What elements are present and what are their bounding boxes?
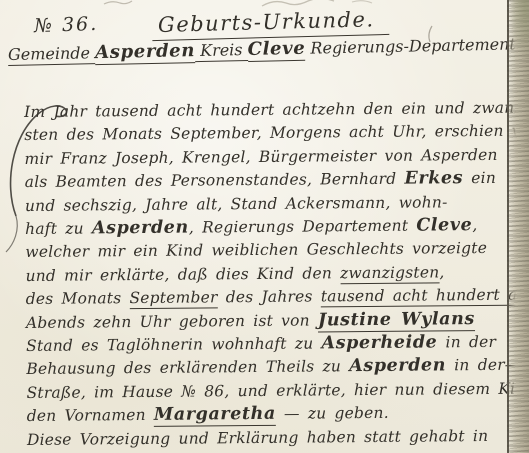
text-segment: , Regierungs Departement xyxy=(189,217,417,237)
text-segment: — zu geben. xyxy=(276,404,389,423)
text-segment: des Jahres xyxy=(217,288,320,307)
text-segment: Asperden xyxy=(92,218,189,239)
text-segment: Asperden xyxy=(349,356,446,377)
text-segment: Asperheide xyxy=(321,332,437,353)
text-segment: haft zu xyxy=(25,219,92,238)
text-segment: Margaretha xyxy=(154,404,276,427)
text-segment: in der xyxy=(437,333,496,352)
manuscript-body: Im Jahr tausend acht hundert achtzehn de… xyxy=(24,97,515,452)
text-segment: als Beamten des Personenstandes, Bernhar… xyxy=(25,170,405,191)
manuscript-line: Diese Vorzeigung und Erklärung haben sta… xyxy=(27,424,515,452)
text-segment: sten des Monats September, Morgens acht … xyxy=(24,122,529,144)
text-segment: Justine Wylans xyxy=(318,309,475,332)
text-segment: welcher mir ein Kind weiblichen Geschlec… xyxy=(25,239,487,261)
text-segment: Stand es Taglöhnerin wohnhaft zu xyxy=(26,334,321,355)
text-segment: den Vornamen xyxy=(27,406,154,425)
text-segment: Regierungs-Departement Cleve xyxy=(305,33,529,57)
text-segment: , xyxy=(472,216,477,234)
text-segment: Erkes xyxy=(404,168,463,189)
text-segment: des Monats xyxy=(26,289,130,308)
text-segment: Gemeinde xyxy=(8,43,96,66)
text-segment: und mir erklärte, daß dies Kind den xyxy=(25,264,340,285)
text-segment: , xyxy=(439,263,444,281)
page-edge-texture xyxy=(507,0,529,453)
text-segment: zwanzigsten xyxy=(340,263,439,284)
text-segment: Cleve xyxy=(416,215,472,235)
scanned-document: № 36. Geburts-Urkunde. Gemeinde Asperden… xyxy=(0,0,529,453)
text-segment: Behausung des erklärenden Theils zu xyxy=(26,358,349,379)
text-segment: Straße, im Hause № 86, und erklärte, hie… xyxy=(26,379,529,402)
record-number: № 36. xyxy=(34,13,99,37)
text-segment: Kreis xyxy=(195,40,248,62)
text-segment: Im Jahr tausend acht hundert achtzehn de… xyxy=(24,98,529,121)
text-segment: Diese Vorzeigung und Erklärung haben sta… xyxy=(27,427,488,449)
text-segment: ein xyxy=(463,169,496,187)
manuscript-line: Straße, im Hause № 86, und erklärte, hie… xyxy=(26,378,514,406)
text-segment: September xyxy=(129,289,217,310)
text-segment: Cleve xyxy=(247,38,305,62)
text-segment: Abends zehn Uhr geboren ist von xyxy=(26,311,318,332)
text-segment: und sechszig, Jahre alt, Stand Ackersman… xyxy=(25,193,448,215)
text-segment: Asperden xyxy=(95,40,195,65)
text-segment: mir Franz Joseph, Krengel, Bürgermeister… xyxy=(24,146,497,168)
text-segment: tausend acht hundert achtzehn xyxy=(321,285,529,307)
